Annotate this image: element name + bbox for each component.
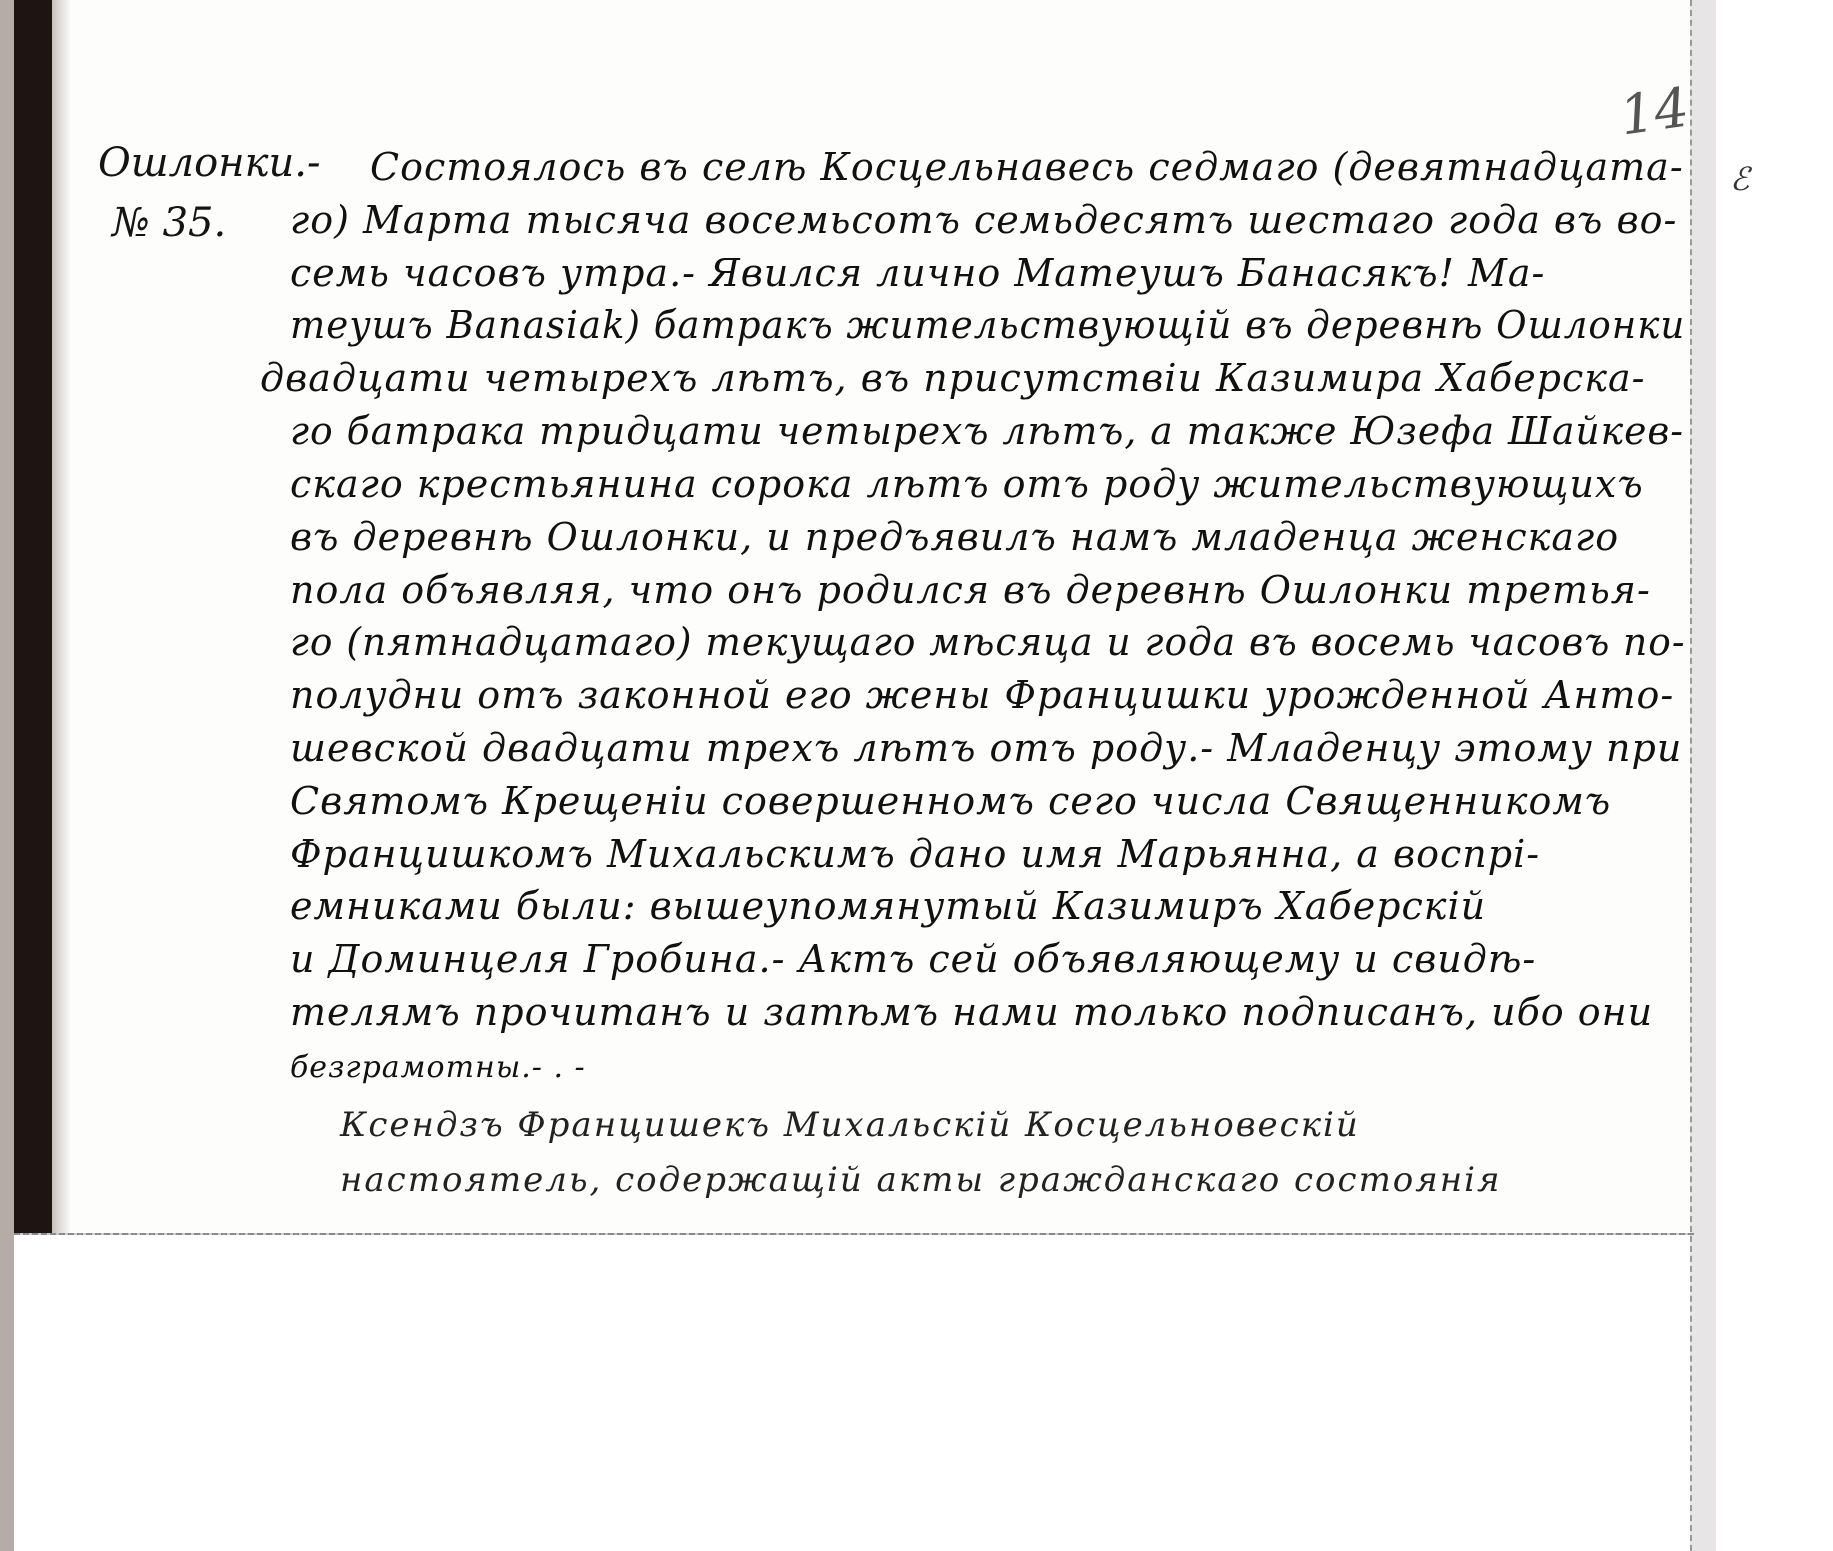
record-line: скаго крестьянина сорока лѣтъ отъ роду ж… xyxy=(290,462,1644,506)
record-line: пола объявляя, что онъ родился въ деревн… xyxy=(290,568,1651,612)
record-line: полудни отъ законной его жены Францишки … xyxy=(290,673,1674,717)
record-line: и Доминцеля Гробина.- Актъ сей объявляющ… xyxy=(290,937,1536,981)
record-line: двадцати четырехъ лѣтъ, въ присутствіи К… xyxy=(260,356,1645,400)
record-line: семь часовъ утра.- Явился лично Матеушъ … xyxy=(290,251,1545,295)
record-line: шевской двадцати трехъ лѣтъ отъ роду.- М… xyxy=(290,726,1682,770)
record-line: теушъ Banasiak) батракъ жительствующій в… xyxy=(290,303,1685,347)
margin-village-name: Ошлонки.- xyxy=(98,140,320,186)
record-line: го батрака тридцати четырехъ лѣтъ, а так… xyxy=(290,409,1684,453)
margin-record-number: № 35. xyxy=(112,200,226,246)
record-line: го) Марта тысяча восемьсотъ семьдесятъ ш… xyxy=(290,198,1677,242)
record-line: Состоялось въ селѣ Косцельнавесь седмаго… xyxy=(370,145,1684,189)
priest-signature-title: настоятель, содержащій акты гражданскаго… xyxy=(340,1160,1502,1200)
page-bottom-edge xyxy=(14,1233,1694,1235)
record-line: го (пятнадцатаго) текущаго мѣсяца и года… xyxy=(290,620,1685,664)
record-line: емниками были: вышеупомянутый Казимиръ Х… xyxy=(290,884,1486,928)
page-edge-strip xyxy=(1690,0,1718,1551)
priest-signature-line: Ксендзъ Францишекъ Михальскій Косцельнов… xyxy=(340,1105,1360,1145)
adjacent-page xyxy=(1716,0,1833,1551)
record-line: Францишкомъ Михальскимъ дано имя Марьянн… xyxy=(290,832,1540,876)
record-line: безграмотны.- . - xyxy=(290,1050,586,1085)
binding-edge xyxy=(52,0,72,1233)
record-line: телямъ прочитанъ и затѣмъ нами только по… xyxy=(290,990,1653,1034)
record-line: въ деревнѣ Ошлонки, и предъявилъ намъ мл… xyxy=(290,515,1619,559)
record-line: Святомъ Крещеніи совершенномъ сего числа… xyxy=(290,779,1611,823)
right-margin-mark: ℰ xyxy=(1730,160,1749,198)
folio-number: 14 xyxy=(1616,76,1693,148)
scan-border xyxy=(0,0,14,1551)
